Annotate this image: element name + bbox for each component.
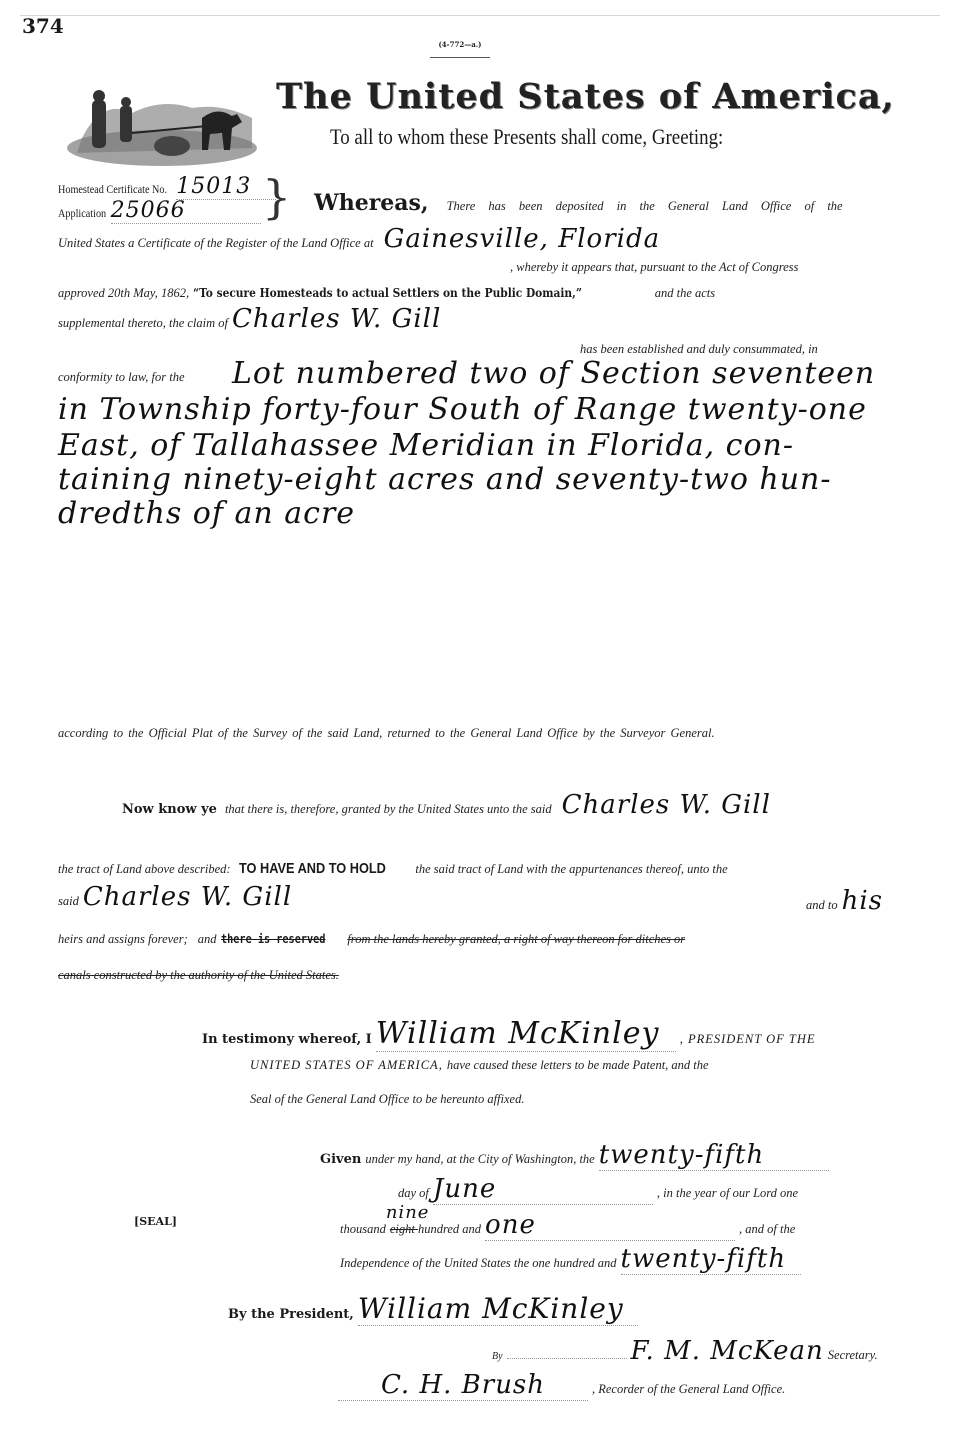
and-to-his: and to his — [806, 886, 883, 916]
grant-line: Now know ye that there is, therefore, gr… — [122, 790, 771, 820]
and-of-the-label: , and of the — [739, 1222, 795, 1236]
pronoun: his — [842, 886, 883, 916]
eight-struck-text: eight — [390, 1222, 415, 1236]
reservation-and: and — [198, 932, 217, 946]
act-date: approved 20th May, 1862, — [58, 286, 189, 300]
by-president-line: By the President, William McKinley — [228, 1292, 638, 1326]
survey-line: according to the Official Plat of the Su… — [58, 724, 715, 742]
day-handwritten: twenty-fifth — [599, 1140, 829, 1171]
secretary-signature: F. M. McKean — [631, 1336, 824, 1366]
nine-inserted: nine — [386, 1202, 430, 1223]
recorder-title: , Recorder of the General Land Office. — [592, 1382, 785, 1396]
application-number: 25066 — [111, 198, 261, 224]
act-suffix: and the acts — [655, 286, 715, 300]
application-number-row: Application 25066 — [58, 198, 261, 224]
certificate-number-row: Homestead Certificate No. 15013 — [58, 174, 276, 200]
whereas-heading: Whereas, — [314, 190, 429, 216]
patent-text: have caused these letters to be made Pat… — [447, 1058, 709, 1072]
tract-line: the tract of Land above described: TO HA… — [58, 860, 728, 878]
eight-struck: eight nine — [390, 1222, 418, 1236]
grantee-name: Charles W. Gill — [562, 790, 771, 820]
reservation-struck-2: canals constructed by the authority of t… — [58, 968, 339, 982]
day-of-label: day of — [398, 1186, 429, 1200]
act-title: “To secure Homesteads to actual Settlers… — [193, 285, 582, 300]
given-line-1: Given under my hand, at the City of Wash… — [320, 1140, 829, 1171]
form-number-rule — [430, 57, 490, 58]
tract-suffix: the said tract of Land with the appurten… — [415, 862, 727, 876]
land-office-location: Gainesville, Florida — [384, 224, 661, 254]
and-to-label: and to — [806, 898, 838, 912]
whereas-line-3: , whereby it appears that, pursuant to t… — [510, 258, 798, 276]
land-description-line-1: Lot numbered two of Section seventeen — [232, 356, 875, 391]
given-heading: Given — [320, 1152, 361, 1167]
tract-prefix: the tract of Land above described: — [58, 862, 231, 876]
president-title: , PRESIDENT OF THE — [680, 1032, 816, 1046]
application-label: Application — [58, 206, 106, 221]
year-of-lord-text: , in the year of our Lord one — [657, 1186, 798, 1200]
reservation-bold-struck: there is reserved — [221, 932, 325, 946]
whereas-text-2: United States a Certificate of the Regis… — [58, 236, 374, 250]
independence-text: Independence of the United States the on… — [340, 1256, 617, 1270]
whereas-line-2: United States a Certificate of the Regis… — [58, 224, 660, 254]
identifier-brace: } — [262, 170, 291, 224]
testimony-line-3: Seal of the General Land Office to be he… — [250, 1090, 524, 1108]
recorder-signature: C. H. Brush — [338, 1370, 588, 1401]
whereas-line-5: supplemental thereto, the claim of Charl… — [58, 304, 441, 334]
greeting: To all to whom these Presents shall come… — [330, 124, 723, 150]
testimony-heading: In testimony whereof, I — [202, 1032, 372, 1047]
given-line-2: day of June , in the year of our Lord on… — [398, 1174, 798, 1205]
seal-affixed-text: Seal of the General Land Office to be he… — [250, 1092, 524, 1106]
claim-of-text: supplemental thereto, the claim of — [58, 316, 228, 330]
month-handwritten: June — [433, 1174, 653, 1205]
given-text: under my hand, at the City of Washington… — [365, 1152, 594, 1166]
conformity-text: conformity to law, for the — [58, 370, 185, 384]
land-description-line-3: East, of Tallahassee Meridian in Florida… — [58, 428, 794, 463]
usa-caps: UNITED STATES OF AMERICA, — [250, 1058, 443, 1072]
consummated-text: has been established and duly consummate… — [580, 342, 818, 356]
independence-year: twenty-fifth — [621, 1244, 801, 1275]
whereas-line-1: Whereas, There has been deposited in the… — [314, 190, 843, 216]
reservation-line-2: canals constructed by the authority of t… — [58, 966, 339, 984]
grantee-name-repeat: Charles W. Gill — [83, 882, 292, 912]
by-president-label: By the President, — [228, 1307, 354, 1322]
said-label: said — [58, 894, 79, 908]
document-title: The United States of America, — [276, 76, 895, 117]
claimant-name: Charles W. Gill — [232, 304, 441, 334]
form-number: (4-772—a.) — [420, 40, 500, 49]
recorder-line: C. H. Brush , Recorder of the General La… — [338, 1370, 785, 1401]
president-signature-testimony: William McKinley — [376, 1016, 676, 1052]
whereas-line-4: approved 20th May, 1862, “To secure Home… — [58, 284, 715, 302]
farm-vignette-illustration — [62, 78, 262, 170]
have-and-hold: TO HAVE AND TO HOLD — [239, 860, 386, 877]
land-description-line-5: dredths of an acre — [58, 496, 355, 531]
given-line-4: Independence of the United States the on… — [340, 1244, 801, 1275]
land-description-line-2: in Township forty-four South of Range tw… — [58, 392, 867, 427]
top-border-rule — [20, 15, 940, 16]
page-number: 374 — [22, 14, 64, 38]
given-line-3: thousand eight nine hundred and one , an… — [340, 1210, 795, 1241]
land-description-line-4: taining ninety-eight acres and seventy-t… — [58, 462, 832, 497]
seal-label: [SEAL] — [134, 1212, 177, 1230]
certificate-label: Homestead Certificate No. — [58, 182, 167, 197]
heirs-line: heirs and assigns forever; and there is … — [58, 930, 685, 948]
secretary-title: Secretary. — [828, 1348, 878, 1362]
hundred-and-label: hundred and — [418, 1222, 481, 1236]
secretary-line: By F. M. McKean Secretary. — [492, 1336, 878, 1366]
heirs-text: heirs and assigns forever; — [58, 932, 188, 946]
testimony-line-2: UNITED STATES OF AMERICA, have caused th… — [250, 1056, 709, 1074]
whereas-line-7: conformity to law, for the — [58, 368, 185, 386]
by-label: By — [492, 1351, 503, 1362]
reservation-struck-1: from the lands hereby granted, a right o… — [347, 932, 685, 946]
whereas-text-1: There has been deposited in the General … — [447, 199, 843, 213]
testimony-line-1: In testimony whereof, I William McKinley… — [202, 1016, 816, 1052]
seal-text: [SEAL] — [134, 1215, 177, 1228]
by-signature-line — [507, 1358, 627, 1359]
survey-text: according to the Official Plat of the Su… — [58, 726, 715, 740]
year-handwritten: one — [485, 1210, 735, 1241]
president-signature: William McKinley — [358, 1292, 638, 1326]
thousand-label: thousand — [340, 1222, 386, 1236]
said-grantee-line: said Charles W. Gill — [58, 882, 292, 912]
grant-text: that there is, therefore, granted by the… — [225, 802, 552, 816]
whereas-text-3: , whereby it appears that, pursuant to t… — [510, 260, 798, 274]
now-know-ye: Now know ye — [122, 802, 217, 817]
